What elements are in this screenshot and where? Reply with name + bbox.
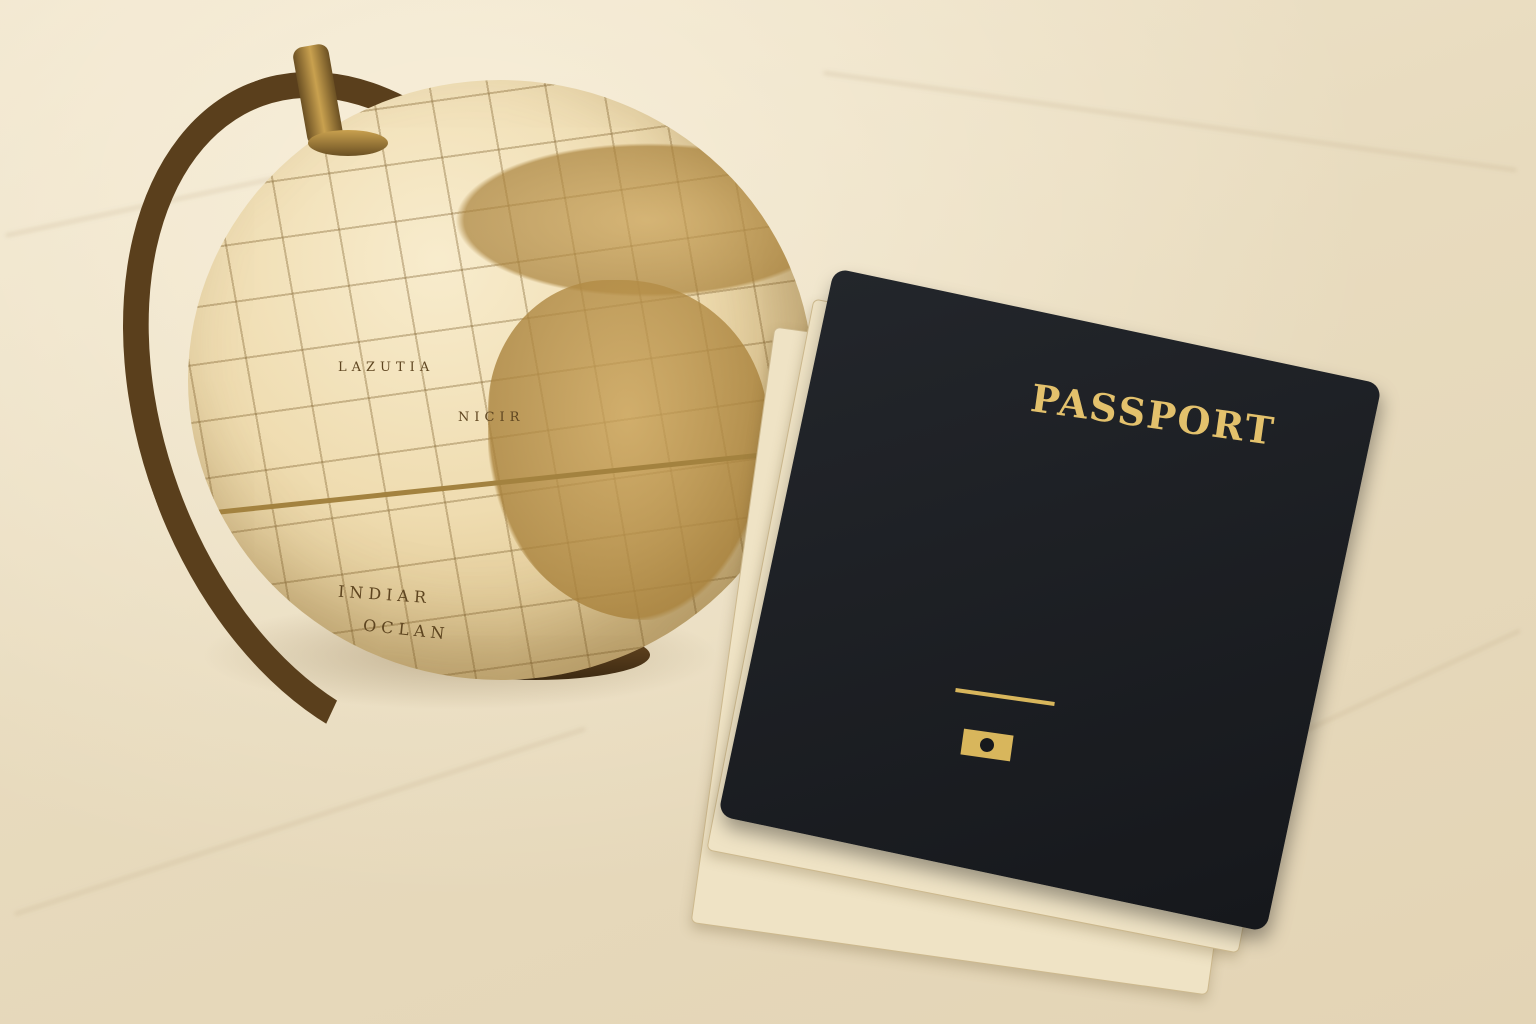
globe-pivot-cap bbox=[308, 130, 388, 156]
globe-label: NICIR bbox=[458, 410, 524, 425]
marble-vein bbox=[823, 71, 1517, 171]
passport-cover bbox=[718, 268, 1382, 932]
globe-label: LAZUTIA bbox=[338, 360, 434, 375]
marble-vein bbox=[14, 727, 586, 915]
globe: INDIAR OCLAN LAZUTIA NICIR bbox=[188, 80, 813, 680]
photo-scene: INDIAR OCLAN LAZUTIA NICIR PASSPORT bbox=[0, 0, 1536, 1024]
